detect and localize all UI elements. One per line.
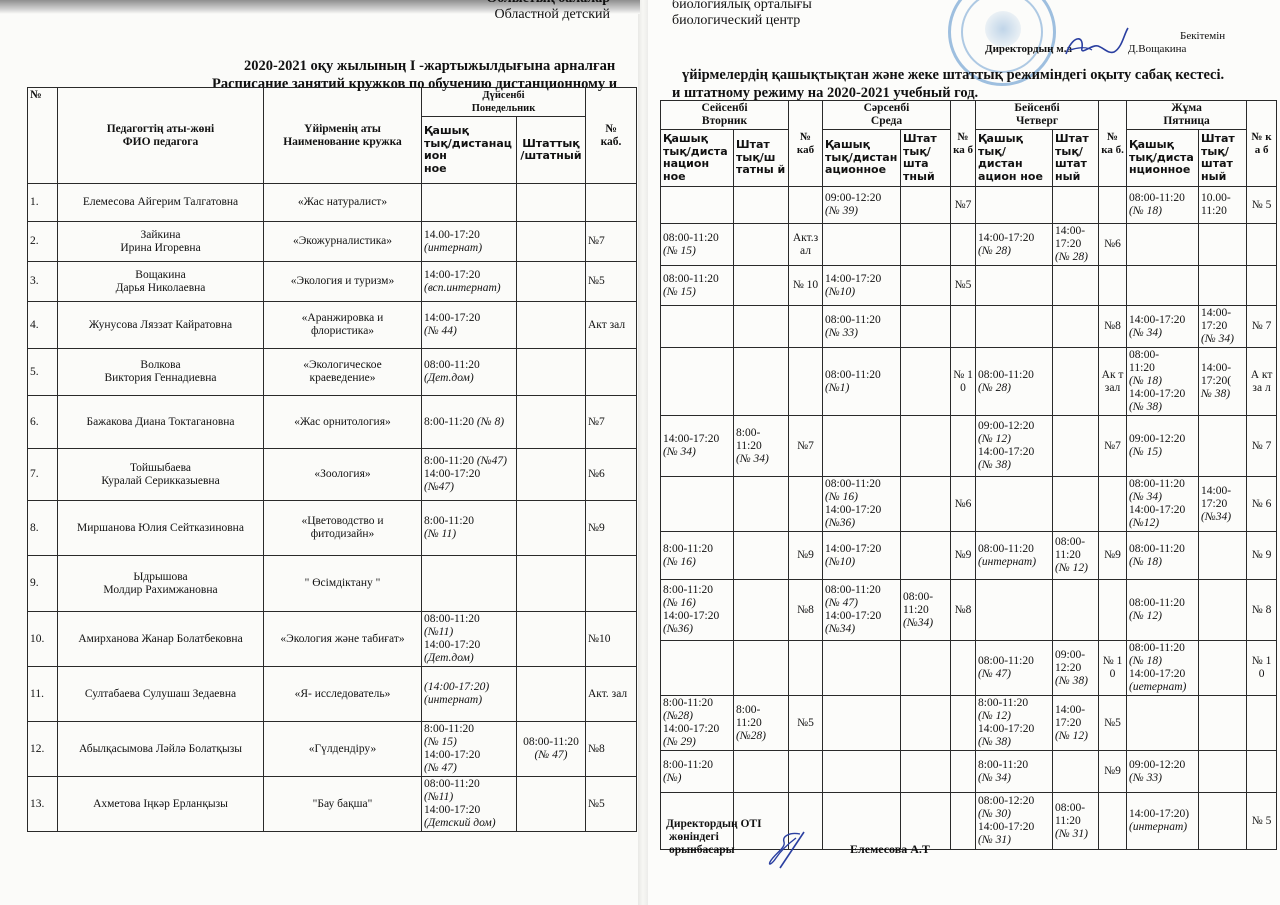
- cell-distance: 8:00-11:20(№ 11): [422, 501, 517, 556]
- cell-room: №7: [586, 396, 637, 449]
- cell-distance: 8:00-11:20(№ 12)14:00-17:20(№ 38): [976, 696, 1053, 751]
- cell-distance: 08:00-11:20(№ 18)14:00-17:20(№ 38): [1127, 348, 1199, 416]
- cell-distance: 14:00-17:20(№ 34): [661, 416, 734, 477]
- cell-staff: [734, 224, 789, 266]
- cell-staff: [1199, 532, 1247, 580]
- header-distance-2: Қашық тық/дистан ационное: [823, 130, 901, 187]
- cell-teacher: Жунусова Ляззат Кайратовна: [58, 302, 264, 349]
- cell-staff: 14:00-17:20(№ 34): [1199, 306, 1247, 348]
- cell-distance: 8:00-11:20(№): [661, 751, 734, 793]
- cell-club: «Гүлдендіру»: [264, 722, 422, 777]
- header-day-monday: Дүйсенбі Понедельник: [422, 88, 586, 117]
- header-day-1: СейсенбіВторник: [661, 101, 789, 130]
- cell-distance: [976, 306, 1053, 348]
- cell-room: № 7: [1247, 306, 1277, 348]
- cell-room: №9: [1099, 751, 1127, 793]
- cell-staff: [901, 696, 951, 751]
- header-day-3: БейсенбіЧетверг: [976, 101, 1099, 130]
- cell-staff: [901, 224, 951, 266]
- cell-distance: 08:00-11:20(№ 18): [1127, 532, 1199, 580]
- cell-distance: 8:00-11:20(№ 15)14:00-17:20(№ 47): [422, 722, 517, 777]
- cell-room: №5: [789, 696, 823, 751]
- cell-room: [1099, 580, 1127, 641]
- cell-room: №5: [586, 262, 637, 302]
- cell-room: № 6: [1247, 477, 1277, 532]
- cell-distance: [823, 641, 901, 696]
- cell-num: 1.: [28, 184, 58, 222]
- header-staff: Штаттық /штатный: [517, 117, 586, 184]
- cell-distance: 08:00-11:20(интернат): [976, 532, 1053, 580]
- cell-staff: 14:00-17:20(№ 12): [1053, 696, 1099, 751]
- cell-staff: [734, 266, 789, 306]
- cell-distance: 14:00-17:20)(интернат): [1127, 793, 1199, 850]
- cell-staff: 09:00-12:20(№ 38): [1053, 641, 1099, 696]
- cell-distance: 08:00-11:20(№ 33): [823, 306, 901, 348]
- page-fold: [638, 0, 648, 905]
- cell-room: А кт за л: [1247, 348, 1277, 416]
- cell-room: [1247, 696, 1277, 751]
- deputy-name: Елемесова А.Т: [850, 842, 930, 857]
- cell-num: 2.: [28, 222, 58, 262]
- cell-club: «Жас натуралист»: [264, 184, 422, 222]
- cell-room: №5: [1099, 696, 1127, 751]
- cell-distance: 08:00-11:20(№ 16)14:00-17:20(№36): [823, 477, 901, 532]
- table-row: 7.ТойшыбаеваКуралай Серикказыевна«Зоолог…: [28, 449, 637, 501]
- table-row: 1.Елемесова Айгерим Талгатовна«Жас натур…: [28, 184, 637, 222]
- cell-distance: 8:00-11:20(№ 16): [661, 532, 734, 580]
- cell-staff: [517, 349, 586, 396]
- cell-room: [789, 306, 823, 348]
- header-distance-1: Қашық тық/диста национ ное: [661, 130, 734, 187]
- table-row: 08:00-11:20(№ 15)Акт.з ал14:00-17:20(№ 2…: [661, 224, 1277, 266]
- cell-num: 6.: [28, 396, 58, 449]
- cell-staff: [734, 187, 789, 224]
- cell-room: Акт.з ал: [789, 224, 823, 266]
- cell-room: №5: [586, 777, 637, 832]
- cell-staff: [517, 449, 586, 501]
- header-staff-1: Штат тық/ш татны й: [734, 130, 789, 187]
- cell-distance: 08:00-11:20(№11)14:00-17:20(Дет.дом): [422, 612, 517, 667]
- cell-staff: 08:00-11:20(№ 12): [1053, 532, 1099, 580]
- director-label: Директордың м.а: [985, 43, 1072, 55]
- cell-room: № 9: [1247, 532, 1277, 580]
- table-row: 12.Абылқасымова Ләйлә Болатқызы«Гүлденді…: [28, 722, 637, 777]
- cell-distance: [976, 477, 1053, 532]
- header-teacher: Педагогтің аты-жөні ФИО педагога: [58, 88, 264, 184]
- table-row: 6.Бажакова Диана Токтагановна«Жас орнито…: [28, 396, 637, 449]
- cell-distance: 08:00-11:20(№ 34)14:00-17:20(№12): [1127, 477, 1199, 532]
- cell-room: № 1 0: [1247, 641, 1277, 696]
- cell-room: №10: [586, 612, 637, 667]
- cell-room: №6: [951, 477, 976, 532]
- cell-distance: [976, 266, 1053, 306]
- cell-staff: [901, 306, 951, 348]
- cell-room: [951, 416, 976, 477]
- cell-distance: 08:00-11:20(№ 12): [1127, 580, 1199, 641]
- cell-staff: [901, 532, 951, 580]
- cell-room: [789, 477, 823, 532]
- cell-distance: 08:00-11:20(№ 47): [976, 641, 1053, 696]
- cell-distance: 08:00-11:20(№ 18): [1127, 187, 1199, 224]
- header-staff-2: Штат тық/ шта тный: [901, 130, 951, 187]
- cell-room: № 8: [1247, 580, 1277, 641]
- cell-distance: 08:00-11:20(№ 47)14:00-17:20(№34): [823, 580, 901, 641]
- cell-staff: 14:00-17:20(№ 28): [1053, 224, 1099, 266]
- table-row: 8.Миршанова Юлия Сейтказиновна«Цветоводс…: [28, 501, 637, 556]
- cell-staff: 08:00-11:20(№ 47): [517, 722, 586, 777]
- cell-distance: [823, 751, 901, 793]
- cell-club: «Экологическоекраеведение»: [264, 349, 422, 396]
- cell-teacher: Султабаева Сулушаш Зедаевна: [58, 667, 264, 722]
- header-staff-4: Штат тық/ штат ный: [1199, 130, 1247, 187]
- cell-staff: [1053, 477, 1099, 532]
- cell-staff: [517, 302, 586, 349]
- deputy-signature: [760, 830, 820, 870]
- cell-distance: 14:00-17:20(всп.интернат): [422, 262, 517, 302]
- table-row: 3.ВощакинаДарья Николаевна«Экология и ту…: [28, 262, 637, 302]
- cell-teacher: Миршанова Юлия Сейтказиновна: [58, 501, 264, 556]
- table-row: 11.Султабаева Сулушаш Зедаевна«Я- исслед…: [28, 667, 637, 722]
- cell-staff: [734, 348, 789, 416]
- cell-distance: 14:00-17:20(№ 34): [1127, 306, 1199, 348]
- cell-room: №7: [1099, 416, 1127, 477]
- cell-distance: [422, 556, 517, 612]
- cell-staff: [734, 477, 789, 532]
- cell-room: №9: [586, 501, 637, 556]
- cell-distance: [661, 477, 734, 532]
- cell-staff: 14:00-17:20(№34): [1199, 477, 1247, 532]
- cell-staff: [901, 416, 951, 477]
- cell-staff: [517, 501, 586, 556]
- cell-teacher: ЫдрышоваМолдир Рахимжановна: [58, 556, 264, 612]
- cell-distance: 08:00-11:20(№ 15): [661, 266, 734, 306]
- cell-teacher: ВощакинаДарья Николаевна: [58, 262, 264, 302]
- cell-distance: 14:00-17:20(№ 44): [422, 302, 517, 349]
- cell-club: «Зоология»: [264, 449, 422, 501]
- cell-club: «Аранжировка ифлористика»: [264, 302, 422, 349]
- cell-room: №9: [789, 532, 823, 580]
- cell-distance: 09:00-12:20(№ 15): [1127, 416, 1199, 477]
- cell-room: [1099, 477, 1127, 532]
- cell-staff: 08:00-11:20(№34): [901, 580, 951, 641]
- cell-club: «Экология және табиғат»: [264, 612, 422, 667]
- cell-room: [951, 306, 976, 348]
- cell-distance: [422, 184, 517, 222]
- table-row: 8:00-11:20(№ 16)№914:00-17:20(№10)№908:0…: [661, 532, 1277, 580]
- cell-staff: [1053, 416, 1099, 477]
- cell-distance: [823, 696, 901, 751]
- cell-club: «Жас орнитология»: [264, 396, 422, 449]
- cell-staff: [734, 641, 789, 696]
- cell-num: 13.: [28, 777, 58, 832]
- table-row: 4.Жунусова Ляззат Кайратовна«Аранжировка…: [28, 302, 637, 349]
- cell-staff: [901, 266, 951, 306]
- cell-room: Ак т зал: [1099, 348, 1127, 416]
- cell-room: [951, 696, 976, 751]
- cell-distance: [1127, 266, 1199, 306]
- cell-staff: [1053, 348, 1099, 416]
- cell-distance: 8:00-11:20(№ 34): [976, 751, 1053, 793]
- cell-staff: [901, 348, 951, 416]
- table-row: 8:00-11:20(№ 16)14:00-17:20(№36)№808:00-…: [661, 580, 1277, 641]
- title-right-line1: үйірмелердің қашықтықтан және жеке штатт…: [682, 66, 1224, 84]
- cell-staff: [517, 222, 586, 262]
- cell-room: [1247, 266, 1277, 306]
- director-signature: [1062, 26, 1132, 62]
- header-num: №: [28, 88, 58, 184]
- cell-staff: [901, 751, 951, 793]
- table-row: 08:00-11:20(№ 33)№814:00-17:20(№ 34)14:0…: [661, 306, 1277, 348]
- cell-room: [789, 641, 823, 696]
- cell-teacher: Ахметова Іңкәр Ерланқызы: [58, 777, 264, 832]
- header-distance-3: Қашық тық/дистан ацион ное: [976, 130, 1053, 187]
- cell-distance: [823, 416, 901, 477]
- cell-room: [789, 348, 823, 416]
- cell-staff: [1199, 751, 1247, 793]
- cell-room: [1099, 793, 1127, 850]
- cell-num: 9.: [28, 556, 58, 612]
- cell-num: 11.: [28, 667, 58, 722]
- cell-room: №9: [1099, 532, 1127, 580]
- cell-room: №7: [586, 222, 637, 262]
- cell-room: [1099, 187, 1127, 224]
- cell-distance: 14:00-17:20(№10): [823, 266, 901, 306]
- table-row: 9.ЫдрышоваМолдир Рахимжановна" Өсімдікта…: [28, 556, 637, 612]
- cell-teacher: ТойшыбаеваКуралай Серикказыевна: [58, 449, 264, 501]
- cell-club: «Цветоводство ифитодизайн»: [264, 501, 422, 556]
- cell-room: Акт. зал: [586, 667, 637, 722]
- cell-staff: [1199, 224, 1247, 266]
- table-row: 14:00-17:20(№ 34)8:00-11:20(№ 34)№709:00…: [661, 416, 1277, 477]
- table-row: 13.Ахметова Іңкәр Ерланқызы"Бау бақша"08…: [28, 777, 637, 832]
- cell-staff: [1053, 306, 1099, 348]
- table-row: 5.ВолковаВиктория Геннадиевна«Экологичес…: [28, 349, 637, 396]
- cell-distance: 09:00-12:20(№ 39): [823, 187, 901, 224]
- cell-staff: [734, 751, 789, 793]
- cell-distance: [976, 580, 1053, 641]
- cell-staff: [517, 184, 586, 222]
- cell-teacher: Елемесова Айгерим Талгатовна: [58, 184, 264, 222]
- left-schedule-table: № Педагогтің аты-жөні ФИО педагога Үйірм…: [27, 87, 637, 832]
- header-room: № каб.: [586, 88, 637, 184]
- cell-staff: 08:00-11:20(№ 31): [1053, 793, 1099, 850]
- table-row: 08:00-11:20(№1)№ 1008:00-11:20(№ 28)Ак т…: [661, 348, 1277, 416]
- table-row: 08:00-11:20(№ 16)14:00-17:20(№36)№608:00…: [661, 477, 1277, 532]
- cell-room: № 5: [1247, 793, 1277, 850]
- cell-club: «Экология и туризм»: [264, 262, 422, 302]
- cell-room: №8: [789, 580, 823, 641]
- header-day-4: ЖұмаПятница: [1127, 101, 1247, 130]
- cell-room: [586, 349, 637, 396]
- cell-room: № 10: [789, 266, 823, 306]
- cell-room: [951, 793, 976, 850]
- table-row: 8:00-11:20(№)8:00-11:20(№ 34)№909:00-12:…: [661, 751, 1277, 793]
- deputy-title: Директордың ОТІ жөніндегі орынбасары: [666, 818, 762, 857]
- cell-staff: [1199, 641, 1247, 696]
- cell-distance: 8:00-11:20(№28)14:00-17:20(№ 29): [661, 696, 734, 751]
- cell-room: [951, 641, 976, 696]
- cell-staff: 14:00-17:20(№ 38): [1199, 348, 1247, 416]
- header-distance: Қашық тық/дистанац ион ное: [422, 117, 517, 184]
- cell-distance: 09:00-12:20(№ 12)14:00-17:20(№ 38): [976, 416, 1053, 477]
- table-row: 10.Амирханова Жанар Болатбековна«Экологи…: [28, 612, 637, 667]
- right-schedule-table: СейсенбіВторник№ кабСәрсенбіСреда№ ка бБ…: [660, 100, 1277, 850]
- cell-room: [789, 751, 823, 793]
- cell-room: № 10: [951, 348, 976, 416]
- cell-staff: [517, 396, 586, 449]
- cell-distance: 14.00-17:20(интернат): [422, 222, 517, 262]
- cell-distance: [661, 641, 734, 696]
- cell-staff: [901, 187, 951, 224]
- cell-distance: [1127, 696, 1199, 751]
- cell-staff: [901, 477, 951, 532]
- org-name-ru-2: биологический центр: [672, 13, 800, 29]
- cell-distance: [661, 187, 734, 224]
- org-name-ru: Областной детский: [470, 7, 610, 23]
- cell-club: «Я- исследователь»: [264, 667, 422, 722]
- cell-staff: [734, 580, 789, 641]
- cell-room: № 7: [1247, 416, 1277, 477]
- cell-distance: [976, 187, 1053, 224]
- header-room-1: № каб: [789, 101, 823, 187]
- org-name-kz-cut: Облыстық балалар: [480, 0, 610, 7]
- table-row: 08:00-11:20(№ 47)09:00-12:20(№ 38)№ 1008…: [661, 641, 1277, 696]
- cell-distance: 8:00-11:20(№ 16)14:00-17:20(№36): [661, 580, 734, 641]
- cell-club: «Экожурналистика»: [264, 222, 422, 262]
- cell-room: [1247, 751, 1277, 793]
- cell-staff: [517, 556, 586, 612]
- cell-staff: [517, 667, 586, 722]
- cell-staff: [517, 777, 586, 832]
- cell-distance: 08:00-11:20(Дет.дом): [422, 349, 517, 396]
- table-row: 09:00-12:20(№ 39)№708:00-11:20(№ 18)10.0…: [661, 187, 1277, 224]
- header-club: Үйірменің аты Наименование кружка: [264, 88, 422, 184]
- cell-staff: 10.00-11:20: [1199, 187, 1247, 224]
- cell-staff: [901, 793, 951, 850]
- cell-staff: 8:00-11:20(№28): [734, 696, 789, 751]
- cell-staff: [1053, 266, 1099, 306]
- cell-distance: 08:00-11:20(№ 18)14:00-17:20(иетернат): [1127, 641, 1199, 696]
- cell-room: [951, 751, 976, 793]
- header-distance-4: Қашық тық/диста нционное: [1127, 130, 1199, 187]
- cell-room: [951, 224, 976, 266]
- cell-room: №6: [586, 449, 637, 501]
- cell-staff: [1199, 793, 1247, 850]
- cell-room: [1099, 266, 1127, 306]
- org-name-kz-2: биологиялық орталығы: [672, 0, 812, 13]
- cell-club: " Өсімдіктану ": [264, 556, 422, 612]
- cell-distance: 14:00-17:20(№ 28): [976, 224, 1053, 266]
- cell-staff: [1053, 751, 1099, 793]
- cell-num: 5.: [28, 349, 58, 396]
- cell-room: № 10: [1099, 641, 1127, 696]
- cell-distance: 08:00-11:20(№11)14:00-17:20(Детский дом): [422, 777, 517, 832]
- header-room-4: № к а б: [1247, 101, 1277, 187]
- table-row: 08:00-11:20(№ 15)№ 1014:00-17:20(№10)№5: [661, 266, 1277, 306]
- cell-staff: [517, 262, 586, 302]
- cell-staff: [1199, 266, 1247, 306]
- cell-num: 3.: [28, 262, 58, 302]
- cell-room: [789, 187, 823, 224]
- cell-staff: [1053, 580, 1099, 641]
- cell-room: №8: [951, 580, 976, 641]
- cell-distance: 08:00-12:20(№ 30)14:00-17:20(№ 31): [976, 793, 1053, 850]
- cell-distance: 14:00-17:20(№10): [823, 532, 901, 580]
- cell-room: №7: [789, 416, 823, 477]
- cell-distance: [661, 348, 734, 416]
- cell-distance: [661, 306, 734, 348]
- cell-staff: [1199, 696, 1247, 751]
- cell-teacher: ЗайкинаИрина Игоревна: [58, 222, 264, 262]
- cell-teacher: Бажакова Диана Токтагановна: [58, 396, 264, 449]
- table-row: 8:00-11:20(№28)14:00-17:20(№ 29)8:00-11:…: [661, 696, 1277, 751]
- cell-staff: [1053, 187, 1099, 224]
- cell-staff: [1199, 416, 1247, 477]
- cell-club: "Бау бақша": [264, 777, 422, 832]
- cell-distance: [1127, 224, 1199, 266]
- cell-num: 4.: [28, 302, 58, 349]
- cell-distance: (14:00-17:20)(интернат): [422, 667, 517, 722]
- cell-teacher: ВолковаВиктория Геннадиевна: [58, 349, 264, 396]
- cell-staff: 8:00-11:20(№ 34): [734, 416, 789, 477]
- cell-distance: 8:00-11:20 (№ 8): [422, 396, 517, 449]
- cell-distance: 08:00-11:20(№ 28): [976, 348, 1053, 416]
- cell-staff: [734, 532, 789, 580]
- cell-room: №5: [951, 266, 976, 306]
- cell-staff: [1199, 580, 1247, 641]
- cell-num: 10.: [28, 612, 58, 667]
- cell-distance: 09:00-12:20(№ 33): [1127, 751, 1199, 793]
- cell-room: Акт зал: [586, 302, 637, 349]
- cell-distance: 8:00-11:20 (№47)14:00-17:20(№47): [422, 449, 517, 501]
- cell-room: №9: [951, 532, 976, 580]
- cell-num: 8.: [28, 501, 58, 556]
- cell-room: [586, 556, 637, 612]
- cell-room: [586, 184, 637, 222]
- cell-staff: [734, 306, 789, 348]
- cell-room: № 5: [1247, 187, 1277, 224]
- title-left-line1: 2020-2021 оқу жылының I -жартыжылдығына …: [244, 57, 615, 75]
- cell-teacher: Абылқасымова Ләйлә Болатқызы: [58, 722, 264, 777]
- header-day-2: СәрсенбіСреда: [823, 101, 951, 130]
- cell-room: №8: [586, 722, 637, 777]
- cell-num: 7.: [28, 449, 58, 501]
- header-staff-3: Штат тық/ штат ный: [1053, 130, 1099, 187]
- cell-staff: [901, 641, 951, 696]
- cell-teacher: Амирханова Жанар Болатбековна: [58, 612, 264, 667]
- cell-distance: 08:00-11:20(№ 15): [661, 224, 734, 266]
- cell-distance: [823, 793, 901, 850]
- header-room-3: № ка б.: [1099, 101, 1127, 187]
- cell-room: №8: [1099, 306, 1127, 348]
- cell-distance: 08:00-11:20(№1): [823, 348, 901, 416]
- approve-label: Бекітемін: [1180, 30, 1225, 42]
- director-name: Д.Вощакина: [1128, 43, 1186, 55]
- cell-num: 12.: [28, 722, 58, 777]
- cell-room: [1247, 224, 1277, 266]
- cell-staff: [517, 612, 586, 667]
- cell-room: №7: [951, 187, 976, 224]
- header-room-2: № ка б: [951, 101, 976, 187]
- cell-distance: [823, 224, 901, 266]
- cell-room: №6: [1099, 224, 1127, 266]
- table-row: 2.ЗайкинаИрина Игоревна«Экожурналистика»…: [28, 222, 637, 262]
